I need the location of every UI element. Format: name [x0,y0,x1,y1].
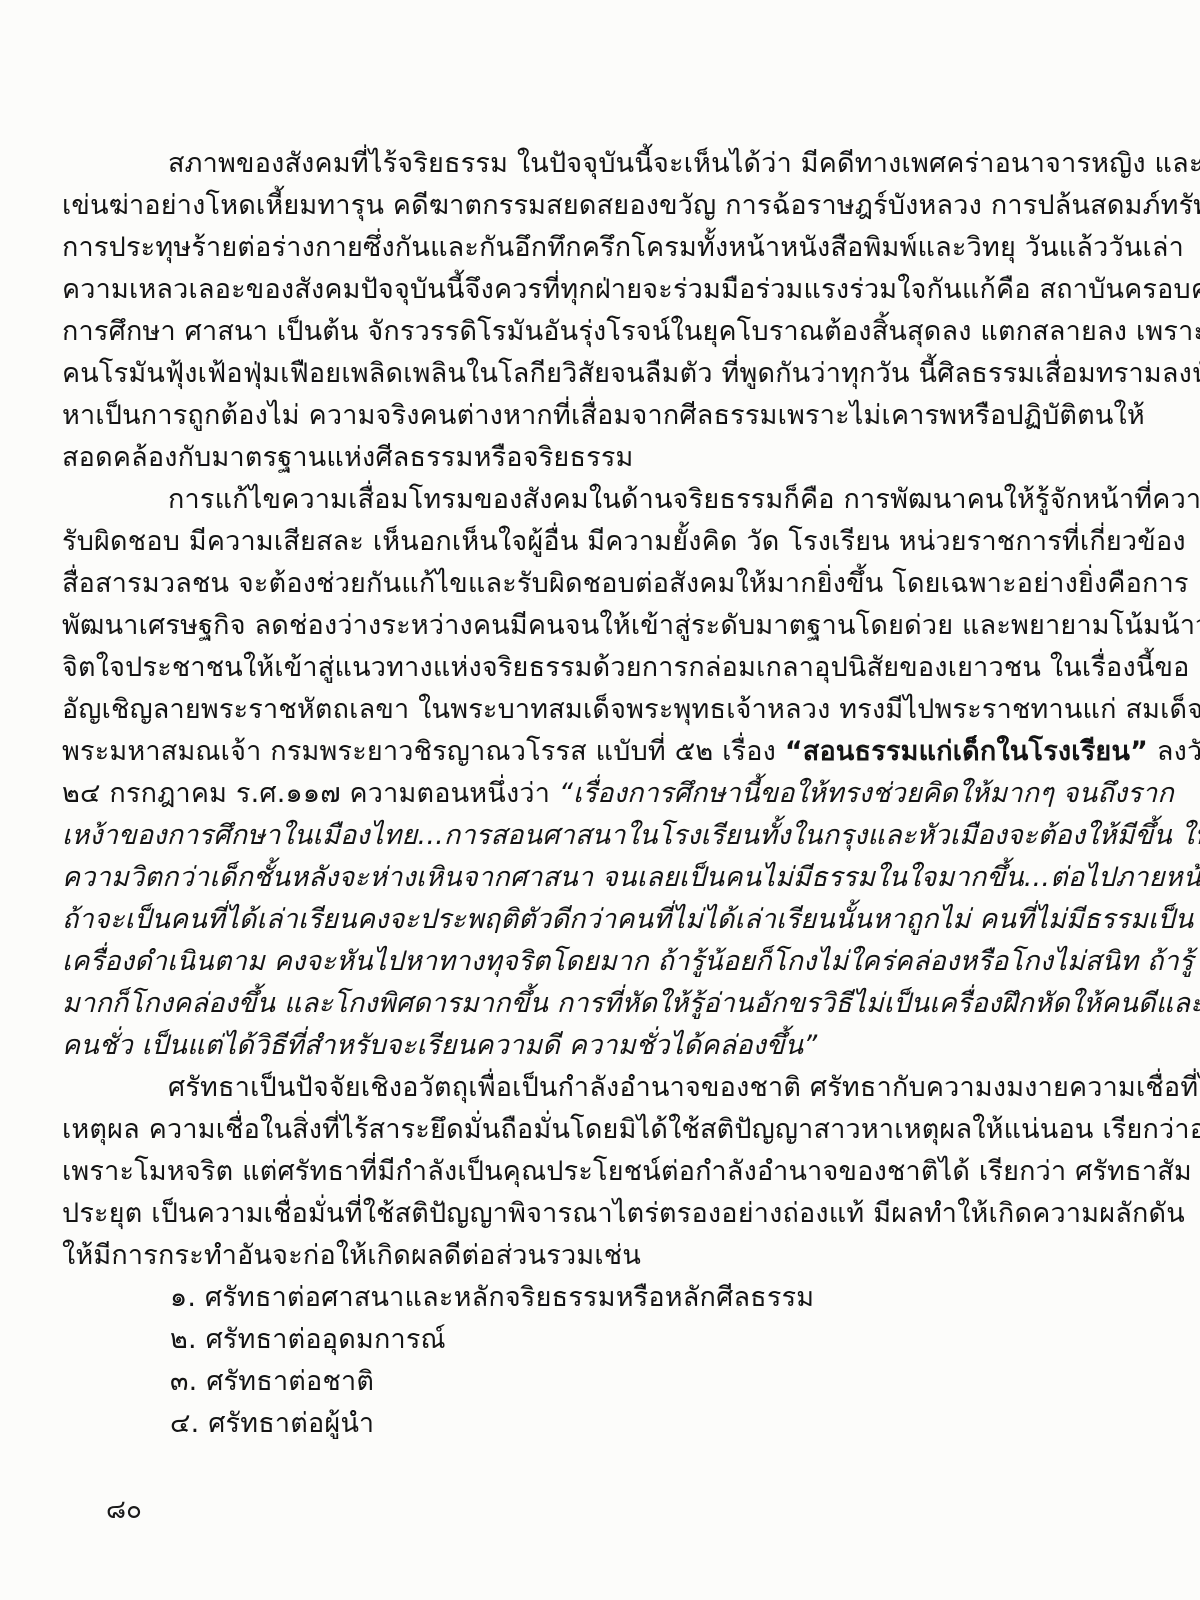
text-segment: รับผิดชอบ มีความเสียสละ เห็นอกเห็นใจผู้อ… [62,526,1186,557]
text-segment: จิตใจประชาชนให้เข้าสู่แนวทางแห่งจริยธรรม… [62,652,1190,683]
text-line: สื่อสารมวลชน จะต้องช่วยกันแก้ไขและรับผิด… [62,563,1134,605]
text-line: ๒. ศรัทธาต่ออุดมการณ์ [62,1319,1134,1361]
text-line: เข่นฆ่าอย่างโหดเหี้ยมทารุน คดีฆาตกรรมสยด… [62,185,1134,227]
text-line: การศึกษา ศาสนา เป็นต้น จักรวรรดิโรมันอัน… [62,311,1134,353]
text-segment: คนชั่ว เป็นแต่ได้วิธีที่สำหรับจะเรียนควา… [62,1030,818,1061]
text-segment: เหง้าของการศึกษาในเมืองไทย...การสอนศาสนา… [62,820,1200,851]
text-line: รับผิดชอบ มีความเสียสละ เห็นอกเห็นใจผู้อ… [62,521,1134,563]
text-segment: เครื่องดำเนินตาม คงจะหันไปหาทางทุจริตโดย… [62,946,1194,977]
text-segment: สอดคล้องกับมาตรฐานแห่งศีลธรรมหรือจริยธรร… [62,442,634,473]
text-segment: พระมหาสมณเจ้า กรมพระยาวชิรญาณวโรรส แบับท… [62,736,785,767]
text-segment: ให้มีการกระทำอันจะก่อให้เกิดผลดีต่อส่วนร… [62,1240,641,1271]
text-segment: เข่นฆ่าอย่างโหดเหี้ยมทารุน คดีฆาตกรรมสยด… [62,190,1200,221]
text-segment: ความเหลวเลอะของสังคมปัจจุบันนี้จึงควรที่… [62,274,1200,305]
text-line: การประทุษร้ายต่อร่างกายซึ่งกันและกันอึกท… [62,227,1134,269]
text-segment: ลงวันที่ [1148,736,1200,767]
text-segment: สภาพของสังคมที่ไร้จริยธรรม ในปัจจุบันนี้… [168,148,1200,179]
text-line: เพราะโมหจริต แต่ศรัทธาที่มีกำลังเป็นคุณป… [62,1151,1134,1193]
text-line: ศรัทธาเป็นปัจจัยเชิงอวัตถุเพื่อเป็นกำลัง… [62,1067,1134,1109]
text-line: พัฒนาเศรษฐกิจ ลดช่องว่างระหว่างคนมีคนจนใ… [62,605,1134,647]
text-line: ๔. ศรัทธาต่อผู้นำ [62,1403,1134,1445]
text-line: หาเป็นการถูกต้องไม่ ความจริงคนต่างหากที่… [62,395,1134,437]
text-segment: ประยุต เป็นความเชื่อมั่นที่ใช้สติปัญญาพิ… [62,1198,1185,1229]
text-line: สอดคล้องกับมาตรฐานแห่งศีลธรรมหรือจริยธรร… [62,437,1134,479]
text-segment: พัฒนาเศรษฐกิจ ลดช่องว่างระหว่างคนมีคนจนใ… [62,610,1200,641]
text-segment: ๒. ศรัทธาต่ออุดมการณ์ [170,1324,446,1355]
text-line: มากก็โกงคล่องขึ้น และโกงพิศดารมากขึ้น กา… [62,983,1134,1025]
text-segment: การประทุษร้ายต่อร่างกายซึ่งกันและกันอึกท… [62,232,1184,263]
text-segment: หาเป็นการถูกต้องไม่ ความจริงคนต่างหากที่… [62,400,1145,431]
text-segment: มากก็โกงคล่องขึ้น และโกงพิศดารมากขึ้น กา… [62,988,1200,1019]
text-line: เหตุผล ความเชื่อในสิ่งที่ไร้สาระยึดมั่นถ… [62,1109,1134,1151]
text-line: คนชั่ว เป็นแต่ได้วิธีที่สำหรับจะเรียนควา… [62,1025,1134,1067]
document-page: สภาพของสังคมที่ไร้จริยธรรม ในปัจจุบันนี้… [0,0,1200,1600]
body-text: สภาพของสังคมที่ไร้จริยธรรม ในปัจจุบันนี้… [62,143,1134,1445]
text-segment: การแก้ไขความเสื่อมโทรมของสังคมในด้านจริย… [168,484,1200,515]
text-line: ๒๔ กรกฎาคม ร.ศ.๑๑๗ ความตอนหนึ่งว่า “เรื่… [62,773,1134,815]
text-segment: ถ้าจะเป็นคนที่ได้เล่าเรียนคงจะประพฤติตัว… [62,904,1193,935]
text-line: จิตใจประชาชนให้เข้าสู่แนวทางแห่งจริยธรรม… [62,647,1134,689]
text-line: ให้มีการกระทำอันจะก่อให้เกิดผลดีต่อส่วนร… [62,1235,1134,1277]
text-line: ความเหลวเลอะของสังคมปัจจุบันนี้จึงควรที่… [62,269,1134,311]
text-line: อัญเชิญลายพระราชหัตถเลขา ในพระบาทสมเด็จพ… [62,689,1134,731]
text-line: ๑. ศรัทธาต่อศาสนาและหลักจริยธรรมหรือหลัก… [62,1277,1134,1319]
text-segment: ความวิตกว่าเด็กชั้นหลังจะห่างเหินจากศาสน… [62,862,1200,893]
text-segment: ๒๔ กรกฎาคม ร.ศ.๑๑๗ ความตอนหนึ่งว่า [62,778,559,809]
text-segment: สื่อสารมวลชน จะต้องช่วยกันแก้ไขและรับผิด… [62,568,1189,599]
text-line: ถ้าจะเป็นคนที่ได้เล่าเรียนคงจะประพฤติตัว… [62,899,1134,941]
text-segment: เหตุผล ความเชื่อในสิ่งที่ไร้สาระยึดมั่นถ… [62,1114,1200,1145]
page-number: ๘๐ [106,1490,142,1530]
text-line: เหง้าของการศึกษาในเมืองไทย...การสอนศาสนา… [62,815,1134,857]
text-segment: ๓. ศรัทธาต่อชาติ [170,1366,374,1397]
text-line: ๓. ศรัทธาต่อชาติ [62,1361,1134,1403]
text-segment: ศรัทธาเป็นปัจจัยเชิงอวัตถุเพื่อเป็นกำลัง… [168,1072,1200,1103]
text-segment: ๔. ศรัทธาต่อผู้นำ [170,1408,374,1439]
text-line: สภาพของสังคมที่ไร้จริยธรรม ในปัจจุบันนี้… [62,143,1134,185]
text-line: ประยุต เป็นความเชื่อมั่นที่ใช้สติปัญญาพิ… [62,1193,1134,1235]
text-segment: คนโรมันฟุ้งเฟ้อฟุ่มเฟือยเพลิดเพลินในโลกี… [62,358,1200,389]
text-segment: การศึกษา ศาสนา เป็นต้น จักรวรรดิโรมันอัน… [62,316,1200,347]
text-segment: อัญเชิญลายพระราชหัตถเลขา ในพระบาทสมเด็จพ… [62,694,1200,725]
text-segment: ๑. ศรัทธาต่อศาสนาและหลักจริยธรรมหรือหลัก… [170,1282,814,1313]
text-line: คนโรมันฟุ้งเฟ้อฟุ่มเฟือยเพลิดเพลินในโลกี… [62,353,1134,395]
text-line: ความวิตกว่าเด็กชั้นหลังจะห่างเหินจากศาสน… [62,857,1134,899]
text-line: เครื่องดำเนินตาม คงจะหันไปหาทางทุจริตโดย… [62,941,1134,983]
text-line: พระมหาสมณเจ้า กรมพระยาวชิรญาณวโรรส แบับท… [62,731,1134,773]
text-segment: เพราะโมหจริต แต่ศรัทธาที่มีกำลังเป็นคุณป… [62,1156,1192,1187]
text-line: การแก้ไขความเสื่อมโทรมของสังคมในด้านจริย… [62,479,1134,521]
text-segment: “เรื่องการศึกษานี้ขอให้ทรงช่วยคิดให้มากๆ… [559,778,1174,809]
text-segment: “สอนธรรมแก่เด็กในโรงเรียน” [785,736,1148,767]
